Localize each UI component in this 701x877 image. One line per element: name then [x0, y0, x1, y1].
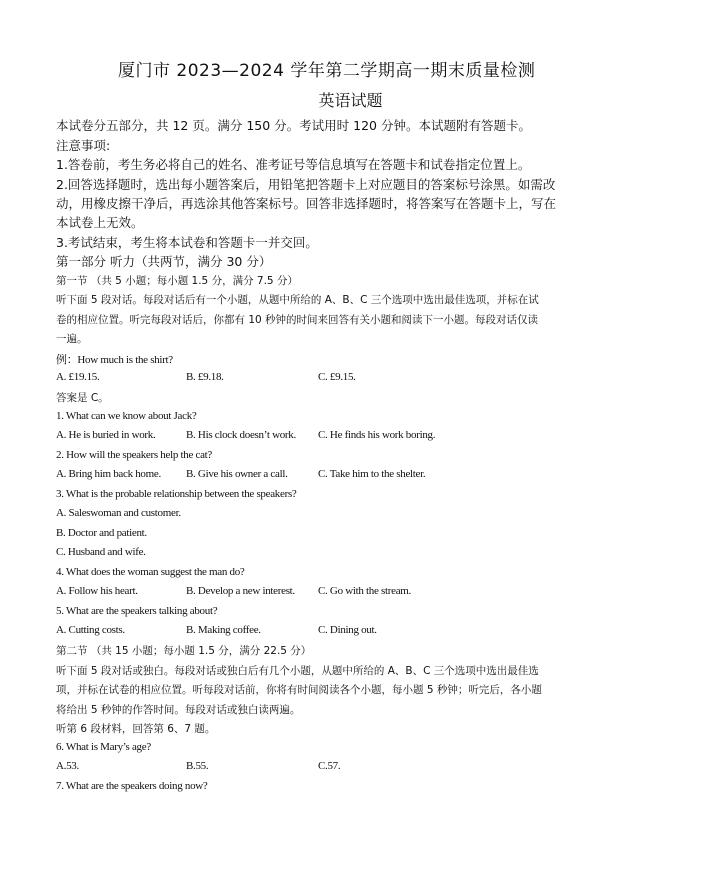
notes-heading: 注意事项:: [56, 136, 110, 154]
section2-instruction: 将给出 5 秒钟的作答时间。每段对话或独白读两遍。: [56, 702, 300, 717]
q3-option-b: B. Doctor and patient.: [56, 527, 147, 539]
section2-instruction: 听下面 5 段对话或独白。每段对话或独白后有几个小题，从题中所给的 A、B、C …: [56, 663, 539, 678]
q1-option-c: C. He finds his work boring.: [318, 429, 435, 441]
question-5: 5. What are the speakers talking about?: [56, 605, 217, 617]
section1-instruction: 听下面 5 段对话。每段对话后有一个小题，从题中所给的 A、B、C 三个选项中选…: [56, 292, 539, 307]
q4-option-a: A. Follow his heart.: [56, 585, 138, 597]
question-3: 3. What is the probable relationship bet…: [56, 488, 297, 500]
section1-instruction: 一遍。: [56, 331, 88, 346]
q3-option-a: A. Saleswoman and customer.: [56, 507, 181, 519]
note-item: 1.答卷前，考生务必将自己的姓名、准考证号等信息填写在答题卡和试卷指定位置上。: [56, 155, 530, 173]
q2-option-c: C. Take him to the shelter.: [318, 468, 425, 480]
section1-instruction: 卷的相应位置。听完每段对话后，你都有 10 秒钟的时间来回答有关小题和阅读下一小…: [56, 312, 538, 327]
q2-option-b: B. Give his owner a call.: [186, 468, 288, 480]
q2-option-a: A. Bring him back home.: [56, 468, 161, 480]
material-note: 听第 6 段材料，回答第 6、7 题。: [56, 721, 215, 736]
note-item: 3.考试结束，考生将本试卷和答题卡一并交回。: [56, 233, 318, 251]
example-answer: 答案是 C。: [56, 390, 109, 405]
q4-option-b: B. Develop a new interest.: [186, 585, 295, 597]
example-question: 例：How much is the shirt?: [56, 351, 173, 367]
example-option-c: C. £9.15.: [318, 371, 356, 383]
exam-subtitle: 英语试题: [0, 88, 701, 111]
section2-instruction: 项，并标在试卷的相应位置。听每段对话前，你将有时间阅读各个小题，每小题 5 秒钟…: [56, 682, 542, 697]
question-7: 7. What are the speakers doing now?: [56, 780, 208, 792]
q5-option-b: B. Making coffee.: [186, 624, 261, 636]
q5-option-a: A. Cutting costs.: [56, 624, 125, 636]
part1-heading: 第一部分 听力（共两节，满分 30 分）: [56, 252, 271, 270]
q6-option-a: A.53.: [56, 760, 79, 772]
q4-option-c: C. Go with the stream.: [318, 585, 411, 597]
note-item: 动，用橡皮擦干净后，再选涂其他答案标号。回答非选择题时，将答案写在答题卡上，写在: [56, 194, 556, 212]
q3-option-c: C. Husband and wife.: [56, 546, 146, 558]
section2-heading: 第二节 （共 15 小题；每小题 1.5 分，满分 22.5 分）: [56, 643, 311, 658]
exam-page: 厦门市 2023—2024 学年第二学期高一期末质量检测 英语试题 本试卷分五部…: [0, 0, 701, 877]
example-option-b: B. £9.18.: [186, 371, 224, 383]
example-option-a: A. £19.15.: [56, 371, 99, 383]
question-2: 2. How will the speakers help the cat?: [56, 449, 212, 461]
q1-option-a: A. He is buried in work.: [56, 429, 155, 441]
exam-title: 厦门市 2023—2024 学年第二学期高一期末质量检测: [118, 56, 535, 81]
question-6: 6. What is Mary’s age?: [56, 741, 151, 753]
note-item: 本试卷上无效。: [56, 213, 144, 231]
q1-option-b: B. His clock doesn’t work.: [186, 429, 296, 441]
q6-option-c: C.57.: [318, 760, 340, 772]
q6-option-b: B.55.: [186, 760, 208, 772]
q5-option-c: C. Dining out.: [318, 624, 377, 636]
question-1: 1. What can we know about Jack?: [56, 410, 196, 422]
question-4: 4. What does the woman suggest the man d…: [56, 566, 245, 578]
note-item: 2.回答选择题时，选出每小题答案后，用铅笔把答题卡上对应题目的答案标号涂黑。如需…: [56, 175, 555, 193]
section1-heading: 第一节 （共 5 小题；每小题 1.5 分，满分 7.5 分）: [56, 273, 298, 288]
exam-info: 本试卷分五部分，共 12 页。满分 150 分。考试用时 120 分钟。本试题附…: [56, 116, 531, 134]
